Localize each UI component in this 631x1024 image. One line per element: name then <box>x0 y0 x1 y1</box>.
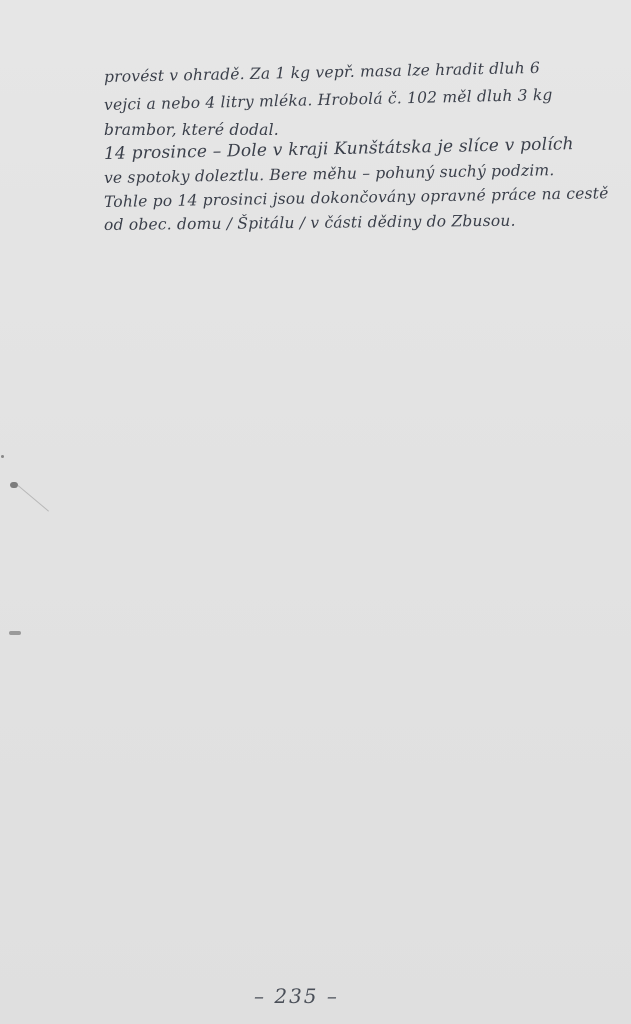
text-line: od obec. domu / Špitálu / v části dědiny… <box>104 212 516 234</box>
text-line: vejci a nebo 4 litry mléka. Hrobolá č. 1… <box>104 86 553 114</box>
paper-scratch <box>18 485 49 511</box>
binding-hole-mark <box>9 631 21 635</box>
text-line: Tohle po 14 prosinci jsou dokončovány op… <box>104 184 609 211</box>
binding-dot <box>1 455 4 458</box>
document-page: provést v ohradě. Za 1 kg vepř. masa lze… <box>0 0 631 1024</box>
page-number: – 235 – <box>254 984 339 1008</box>
text-line: provést v ohradě. Za 1 kg vepř. masa lze… <box>104 59 540 86</box>
text-line: brambor, které dodal. <box>104 121 279 139</box>
text-line: ve spotoky doleztlu. Bere měhu – pohuný … <box>104 161 555 187</box>
